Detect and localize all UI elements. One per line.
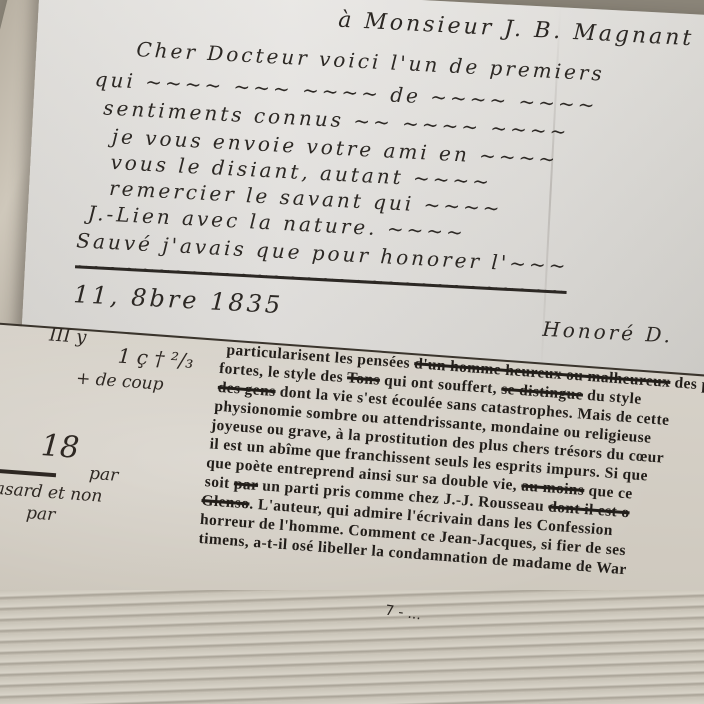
margin-note-number: 18 bbox=[40, 428, 81, 466]
margin-note-par-1: par bbox=[88, 464, 119, 486]
page-stack-edges bbox=[0, 590, 704, 704]
margin-note-de-coup: + de coup bbox=[75, 368, 164, 394]
letter-signature: Honoré D. bbox=[542, 317, 674, 348]
letter-address: à Monsieur J. B. Magnant bbox=[338, 8, 695, 52]
handwritten-letter: à Monsieur J. B. Magnant Cher Docteur vo… bbox=[21, 0, 704, 387]
letter-date: 11, 8bre 1835 bbox=[73, 280, 284, 319]
margin-note-fraction: 1 ç † ²/₃ bbox=[117, 343, 194, 372]
photo-scene: à Monsieur J. B. Magnant Cher Docteur vo… bbox=[0, 0, 704, 704]
margin-note-par-2: par bbox=[25, 503, 56, 525]
margin-note-top: III y bbox=[48, 324, 87, 348]
